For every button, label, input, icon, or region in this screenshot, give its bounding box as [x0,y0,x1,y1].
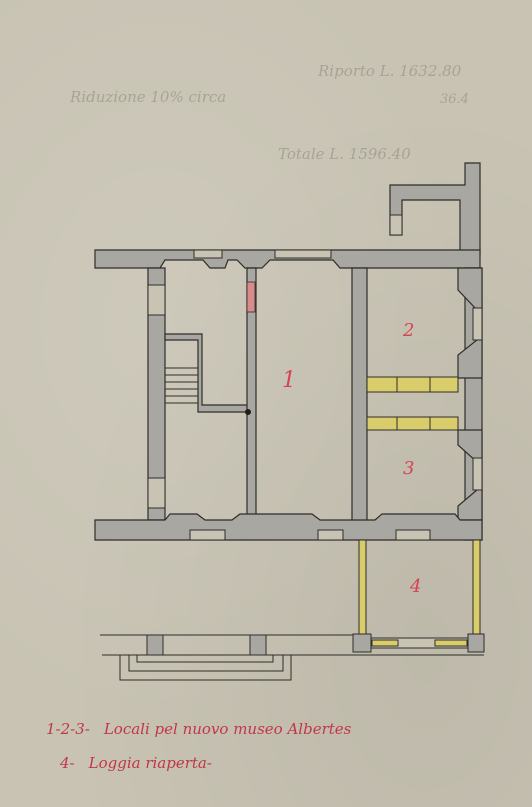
room-label-4: 4 [410,576,421,597]
legend-item-2: 4-Loggia riaperta- [46,746,351,780]
loggia-left-pillar-strip [359,540,366,635]
window-bottom-1 [190,530,225,540]
window-bottom-2 [318,530,343,540]
door-pivot [245,409,251,415]
yellow-openings [367,377,458,430]
window-top-2 [275,250,331,258]
stair-wall [165,334,248,412]
loggia-pier-left [353,634,371,652]
window-right-3 [473,458,482,490]
loggia-pier-right [468,634,484,652]
partition-wall-2 [352,268,367,530]
legend-text-1: Locali pel nuovo museo Albertes [104,720,352,738]
window-bottom-3 [396,530,430,540]
legend-item-1: 1-2-3-Locali pel nuovo museo Albertes [46,712,351,746]
room-label-2: 2 [403,320,414,341]
legend-number-1: 1-2-3- [46,712,90,746]
legend-text-2: Loggia riaperta- [89,754,212,772]
stair-treads [165,368,198,403]
loggia-right-pillar-strip [473,540,480,635]
room-label-1: 1 [282,368,296,393]
room-label-3: 3 [403,458,414,479]
floor-plan [0,0,532,807]
window-top-1 [194,250,222,258]
legend: 1-2-3-Locali pel nuovo museo Albertes 4-… [46,712,351,780]
legend-number-2: 4- [60,746,75,780]
red-door-mark [247,282,255,312]
annex-wall [390,163,480,255]
window-left-2 [148,478,165,508]
window-right-2 [473,308,482,340]
loggia-rail-yellow-2 [435,640,467,646]
window-left-1 [148,285,165,315]
door-annex [390,215,402,235]
loggia-rail-yellow-1 [372,640,398,646]
